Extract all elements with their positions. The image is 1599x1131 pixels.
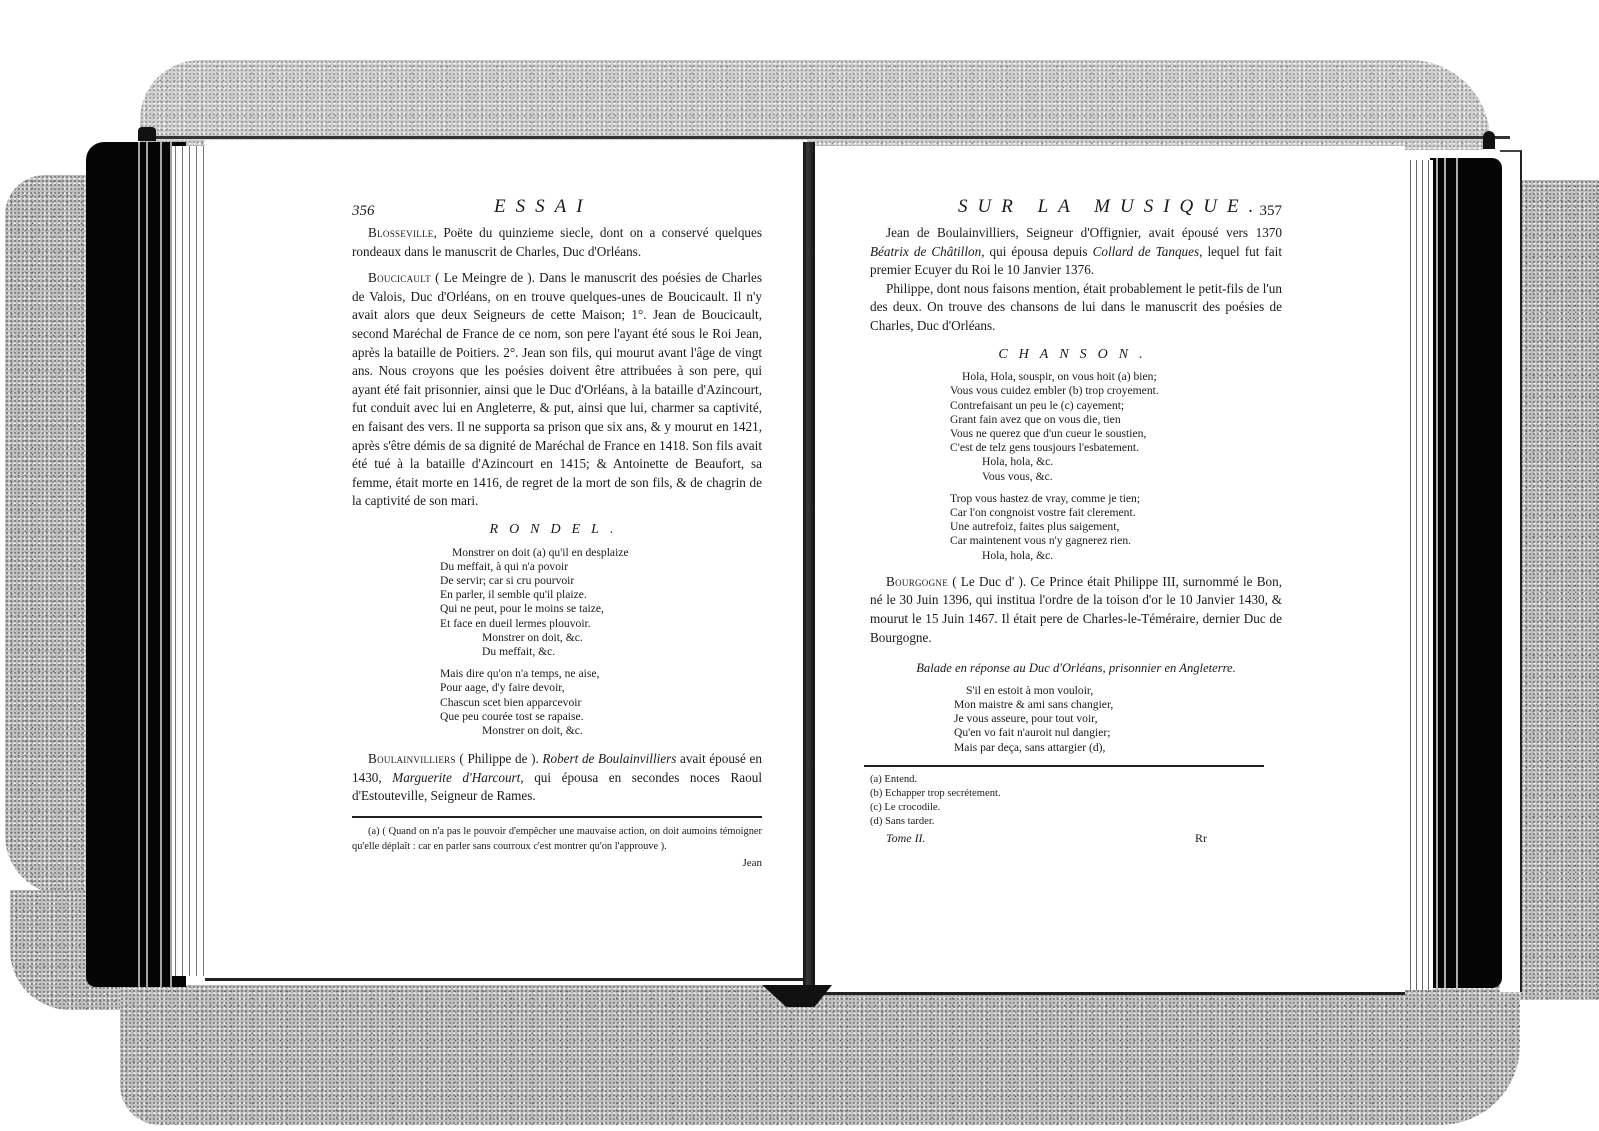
page-number: 356 [352, 202, 375, 221]
background-shadow-bottom [120, 985, 1520, 1125]
ballad-poem: S'il en estoit à mon vouloir, Mon maistr… [870, 684, 1282, 755]
verse-line: Chascun scet bien apparcevoir [440, 696, 762, 710]
verse-refrain: Hola, hola, &c. [950, 455, 1282, 469]
ballad-title: Balade en réponse au Duc d'Orléans, pris… [870, 659, 1282, 678]
book-board-right [1500, 150, 1522, 992]
left-page-text: 356 ESSAI Blosseville, Poëte du quinziem… [352, 200, 762, 873]
verse-line: Qui ne peut, pour le moins se taize, [440, 602, 762, 616]
verse-line: Monstrer on doit (a) qu'il en desplaize [440, 546, 762, 560]
verse-line: Car maintenent vous n'y gagnerez rien. [950, 534, 1282, 548]
verse-line: Trop vous hastez de vray, comme je tien; [950, 492, 1282, 506]
book-clasp-right [1483, 131, 1495, 149]
footnote-rule [864, 765, 1264, 767]
running-title: ESSAI [494, 198, 593, 217]
background-shadow-right [1520, 180, 1599, 1000]
poem-title: RONDEL. [352, 521, 762, 540]
verse-refrain: Vous vous, &c. [950, 470, 1282, 484]
verse-line: Une autrefoiz, faites plus saigement, [950, 520, 1282, 534]
right-running-head: SUR LA MUSIQUE. 357 [870, 200, 1282, 222]
volume-label: Tome II. [886, 829, 926, 848]
page-number: 357 [1260, 202, 1283, 221]
footnote: (a) ( Quand on n'a pas le pouvoir d'empê… [352, 824, 762, 854]
paragraph-philippe: Philippe, dont nous faisons mention, éta… [870, 280, 1282, 336]
signature-mark: Rr [1195, 829, 1207, 848]
entry-head: Boulainvilliers [368, 751, 456, 766]
verse-line: Et face en dueil lermes plouvoir. [440, 617, 762, 631]
book-top-edge [150, 136, 1510, 139]
entry-bourgogne: Bourgogne ( Le Duc d' ). Ce Prince était… [870, 573, 1282, 647]
verse-line: C'est de telz gens tousjours l'esbatemen… [950, 441, 1282, 455]
verse-line: En parler, il semble qu'il plaize. [440, 588, 762, 602]
entry-boulainvilliers: Boulainvilliers ( Philippe de ). Robert … [352, 750, 762, 806]
footnote: (b) Echapper trop secrétement. [870, 787, 1282, 801]
song-title: CHANSON. [870, 346, 1282, 365]
catchword: Jean [352, 854, 762, 873]
verse-line: Mon maistre & ami sans changier, [954, 698, 1282, 712]
verse-line: Mais dire qu'on n'a temps, ne aise, [440, 667, 762, 681]
right-page-text: SUR LA MUSIQUE. 357 Jean de Boulainvilli… [870, 200, 1282, 847]
footnotes: (a) Entend. (b) Echapper trop secrétemen… [870, 773, 1282, 829]
verse-line: Grant fain avez que on vous die, tien [950, 413, 1282, 427]
footnote: (a) Entend. [870, 773, 1282, 787]
verse-line: Je vous asseure, pour tout voir, [954, 712, 1282, 726]
verse-line: Pour aage, d'y faire devoir, [440, 681, 762, 695]
paragraph-jean-boulainvilliers: Jean de Boulainvilliers, Seigneur d'Offi… [870, 224, 1282, 280]
verse-line: Vous vous cuidez embler (b) trop croyeme… [950, 384, 1282, 398]
verse-refrain: Hola, hola, &c. [950, 549, 1282, 563]
entry-head: Blosseville [368, 225, 434, 240]
verse-line: Qu'en vo fait n'auroit nul dangier; [954, 726, 1282, 740]
book-clasp-left [138, 127, 156, 141]
verse-line: De servir; car si cru pourvoir [440, 574, 762, 588]
left-running-head: 356 ESSAI [352, 200, 762, 222]
entry-blosseville: Blosseville, Poëte du quinzieme siecle, … [352, 224, 762, 261]
entry-head: Boucicault [368, 270, 431, 285]
book-cover-left [86, 142, 186, 987]
verse-line: Vous ne querez que d'un cueur le soustie… [950, 427, 1282, 441]
footnote-rule [352, 816, 762, 818]
verse-line: Contrefaisant un peu le (c) cayement; [950, 399, 1282, 413]
entry-head: Bourgogne [886, 574, 948, 589]
book-gutter [803, 142, 815, 987]
verse-line: Car l'on congnoist vostre fait clerement… [950, 506, 1282, 520]
running-title: SUR LA MUSIQUE. [958, 198, 1263, 217]
verse-line: Mais par deça, sans attargier (d), [954, 741, 1282, 755]
entry-boucicault: Boucicault ( Le Meingre de ). Dans le ma… [352, 269, 762, 511]
entry-text: ( Le Meingre de ). Dans le manuscrit des… [352, 270, 762, 508]
verse-refrain: Du meffait, &c. [440, 645, 762, 659]
verse-refrain: Monstrer on doit, &c. [440, 631, 762, 645]
verse-line: Du meffait, à qui n'a povoir [440, 560, 762, 574]
chanson-poem: Hola, Hola, souspir, on vous hoit (a) bi… [870, 370, 1282, 563]
verse-line: Que peu courée tost se rapaise. [440, 710, 762, 724]
rondel-poem: Monstrer on doit (a) qu'il en desplaize … [352, 546, 762, 739]
verse-line: Hola, Hola, souspir, on vous hoit (a) bi… [950, 370, 1282, 384]
verse-line: S'il en estoit à mon vouloir, [954, 684, 1282, 698]
footnote: (c) Le crocodile. [870, 801, 1282, 815]
book-cover-right [1430, 158, 1502, 988]
page-signature-row: Tome II. Rr [870, 829, 1282, 847]
footnote: (d) Sans tarder. [870, 815, 1282, 829]
verse-refrain: Monstrer on doit, &c. [440, 724, 762, 738]
